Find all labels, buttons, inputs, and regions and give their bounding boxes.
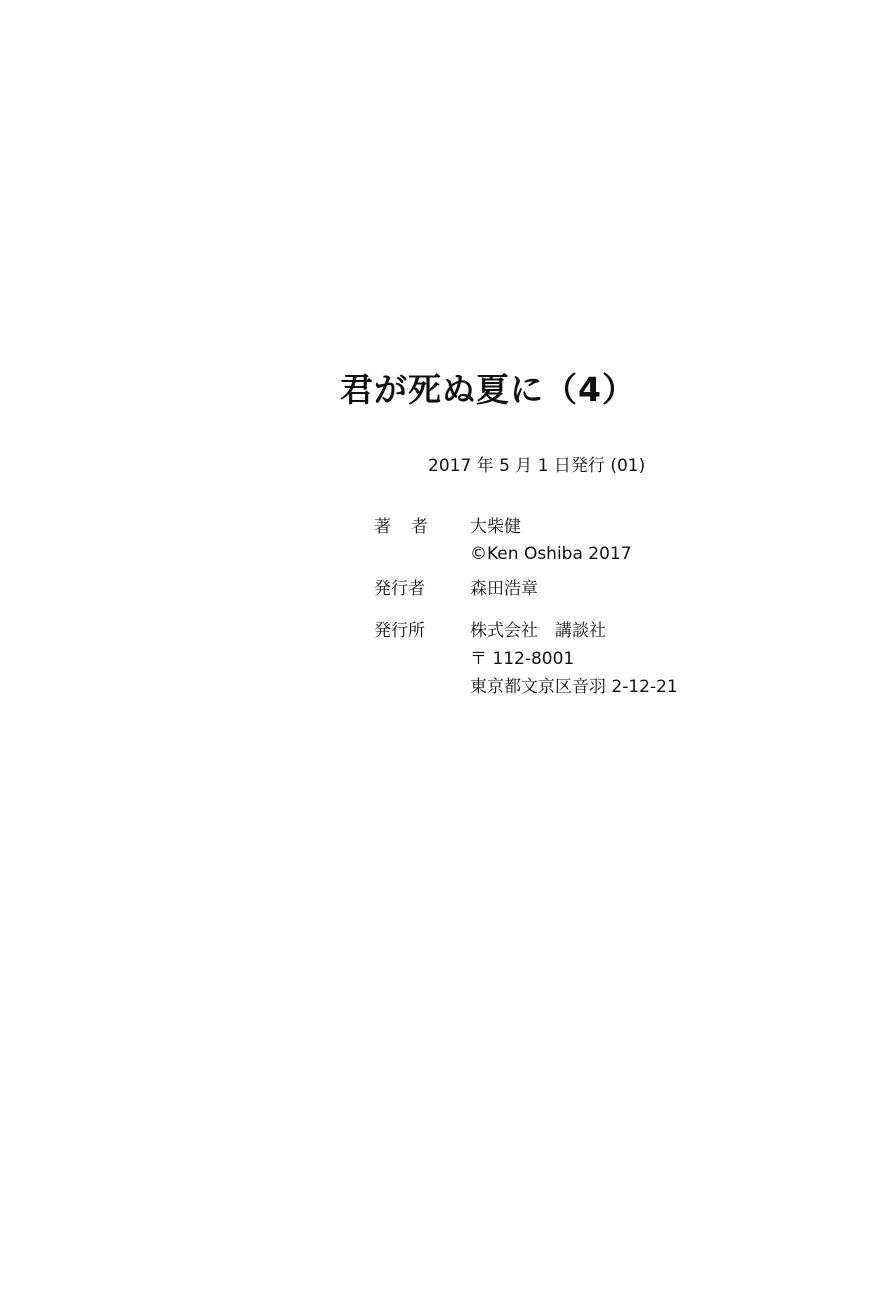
copyright-line: ©Ken Oshiba 2017 xyxy=(470,542,632,566)
book-title: 君が死ぬ夏に（4） xyxy=(340,366,636,414)
publisher-person-name: 森田浩章 xyxy=(470,577,538,601)
publishing-house-label: 発行所 xyxy=(374,619,425,643)
publisher-person-label: 発行者 xyxy=(374,577,425,601)
address: 東京都文京区音羽 2-12-21 xyxy=(470,675,678,699)
publishing-house-name: 株式会社 講談社 xyxy=(470,619,606,643)
postal-code: 〒 112-8001 xyxy=(470,647,574,671)
colophon-page: 君が死ぬ夏に（4） 2017 年 5 月 1 日発行 (01) 著者 大柴健 ©… xyxy=(0,0,869,1300)
issue-date: 2017 年 5 月 1 日発行 (01) xyxy=(428,454,645,478)
author-name: 大柴健 xyxy=(470,515,521,539)
author-label: 著者 xyxy=(374,515,448,539)
